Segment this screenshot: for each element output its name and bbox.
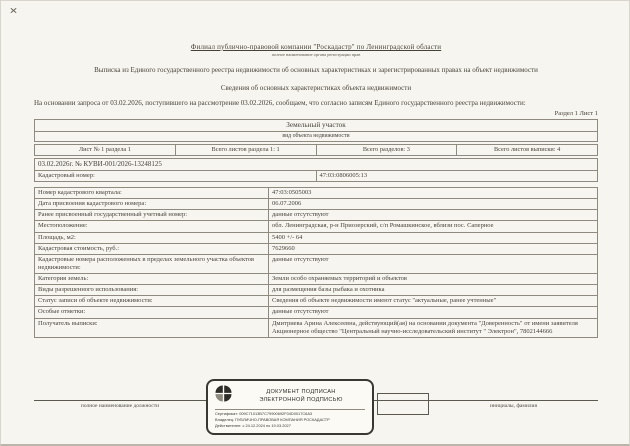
extract-title: Выписка из Единого государственного реес… (34, 66, 598, 74)
attribute-value: 5400 +/- 64 (269, 232, 598, 243)
sheet-info-table: Лист № 1 раздела 1 Всего листов раздела … (34, 144, 598, 156)
stamp-title-line2: ЭЛЕКТРОННОЙ ПОДПИСЬЮ (237, 396, 365, 404)
table-row: Площадь, м2: 5400 +/- 64 (35, 232, 598, 243)
object-type-value: Земельный участок (35, 120, 598, 132)
scanned-egrn-extract-page: { "page": { "org_name": "Филиал публично… (0, 0, 630, 446)
table-row: Номер кадастрового квартала: 47:03:05050… (35, 188, 598, 199)
roskadastr-logo-icon (215, 385, 232, 407)
table-row: Ранее присвоенный государственный учетны… (35, 210, 598, 221)
table-row: Категория земель: Земли особо охраняемых… (35, 274, 598, 285)
sheet-info-cell: Всего разделов: 3 (316, 145, 457, 156)
attribute-value: Земли особо охраняемых территорий и объе… (269, 274, 598, 285)
document-number-table: 03.02.2026г. № КУВИ-001/2026-13248125 Ка… (34, 158, 598, 182)
attribute-value: данные отсутствуют (269, 307, 598, 318)
table-row: Лист № 1 раздела 1 Всего листов раздела … (35, 145, 598, 156)
attribute-value: 47:03:0505003 (269, 188, 598, 199)
table-row: Получатель выписки: Дмитриева Арина Алек… (35, 318, 598, 337)
object-type-caption: вид объекта недвижимости (35, 132, 598, 142)
attribute-value: данные отсутствуют (269, 210, 598, 221)
initials-surname-caption: инициалы, фамилия (429, 403, 598, 409)
table-row: Виды разрешенного использования: для раз… (35, 285, 598, 296)
table-row: Земельный участок (35, 120, 598, 132)
attribute-label: Ранее присвоенный государственный учетны… (35, 210, 269, 221)
request-basis-line: На основании запроса от 03.02.2026, пост… (34, 99, 598, 107)
attribute-label: Местоположение: (35, 221, 269, 232)
table-row: Кадастровый номер: 47:03:0806005:13 (35, 170, 598, 181)
attribute-label: Площадь, м2: (35, 232, 269, 243)
registration-authority-name: Филиал публично-правовой компании "Роска… (34, 43, 598, 51)
attribute-label: Дата присвоения кадастрового номера: (35, 199, 269, 210)
table-row: Особые отметки: данные отсутствуют (35, 307, 598, 318)
attribute-value: обл. Ленинградская, р-н Приозерский, с/п… (269, 221, 598, 232)
attribute-value: Дмитриева Арина Алексеевна, действующий(… (269, 318, 598, 337)
attribute-label: Номер кадастрового квартала: (35, 188, 269, 199)
stamp-title: ДОКУМЕНТ ПОДПИСАН ЭЛЕКТРОННОЙ ПОДПИСЬЮ (237, 388, 365, 405)
table-row: Кадастровая стоимость, руб.: 7629660 (35, 243, 598, 254)
table-row: вид объекта недвижимости (35, 132, 598, 142)
registration-authority-caption: полное наименование органа регистрации п… (34, 52, 598, 57)
table-row: Дата присвоения кадастрового номера: 06.… (35, 199, 598, 210)
position-name-caption: полное наименование должности (34, 403, 206, 409)
stamp-details: Сертификат: 009C71013B7C79900692F04D0017… (215, 409, 365, 429)
stamp-validity: Действителен: с 24.12.2024 по 19.03.2027 (215, 423, 365, 429)
attribute-value: 06.07.2006 (269, 199, 598, 210)
sheet-info-cell: Лист № 1 раздела 1 (35, 145, 176, 156)
attribute-label: Особые отметки: (35, 307, 269, 318)
section-sheet-label: Раздел 1 Лист 1 (34, 110, 598, 117)
document-number: 03.02.2026г. № КУВИ-001/2026-13248125 (35, 159, 598, 171)
attribute-value: Сведения об объекте недвижимости имеют с… (269, 296, 598, 307)
extract-subtitle: Сведения об основных характеристиках объ… (34, 84, 598, 92)
scan-corner-mark (10, 7, 17, 14)
attribute-label: Кадастровая стоимость, руб.: (35, 243, 269, 254)
attribute-label: Категория земель: (35, 274, 269, 285)
attribute-label: Кадастровые номера расположенных в преде… (35, 254, 269, 273)
cadastral-number-value: 47:03:0806005:13 (316, 170, 598, 181)
sheet-info-cell: Всего листов раздела 1: 1 (175, 145, 316, 156)
attribute-value: данные отсутствуют (269, 254, 598, 273)
attribute-label: Виды разрешенного использования: (35, 285, 269, 296)
signature-box (377, 393, 429, 415)
document-body: Филиал публично-правовой компании "Роска… (34, 43, 598, 338)
electronic-signature-stamp: ДОКУМЕНТ ПОДПИСАН ЭЛЕКТРОННОЙ ПОДПИСЬЮ С… (206, 379, 374, 435)
attribute-value: 7629660 (269, 243, 598, 254)
table-row: Кадастровые номера расположенных в преде… (35, 254, 598, 273)
table-row: 03.02.2026г. № КУВИ-001/2026-13248125 (35, 159, 598, 171)
table-row: Местоположение: обл. Ленинградская, р-н … (35, 221, 598, 232)
sheet-info-cell: Всего листов выписки: 4 (457, 145, 598, 156)
stamp-header: ДОКУМЕНТ ПОДПИСАН ЭЛЕКТРОННОЙ ПОДПИСЬЮ (215, 385, 365, 407)
attribute-label: Статус записи об объекте недвижимости: (35, 296, 269, 307)
cadastral-number-label: Кадастровый номер: (35, 170, 317, 181)
table-row: Статус записи об объекте недвижимости: С… (35, 296, 598, 307)
attribute-label: Получатель выписки: (35, 318, 269, 337)
object-type-table: Земельный участок вид объекта недвижимос… (34, 119, 598, 142)
stamp-title-line1: ДОКУМЕНТ ПОДПИСАН (237, 388, 365, 396)
attribute-value: для размещения базы рыбака и охотника (269, 285, 598, 296)
attributes-table: Номер кадастрового квартала: 47:03:05050… (34, 187, 598, 338)
